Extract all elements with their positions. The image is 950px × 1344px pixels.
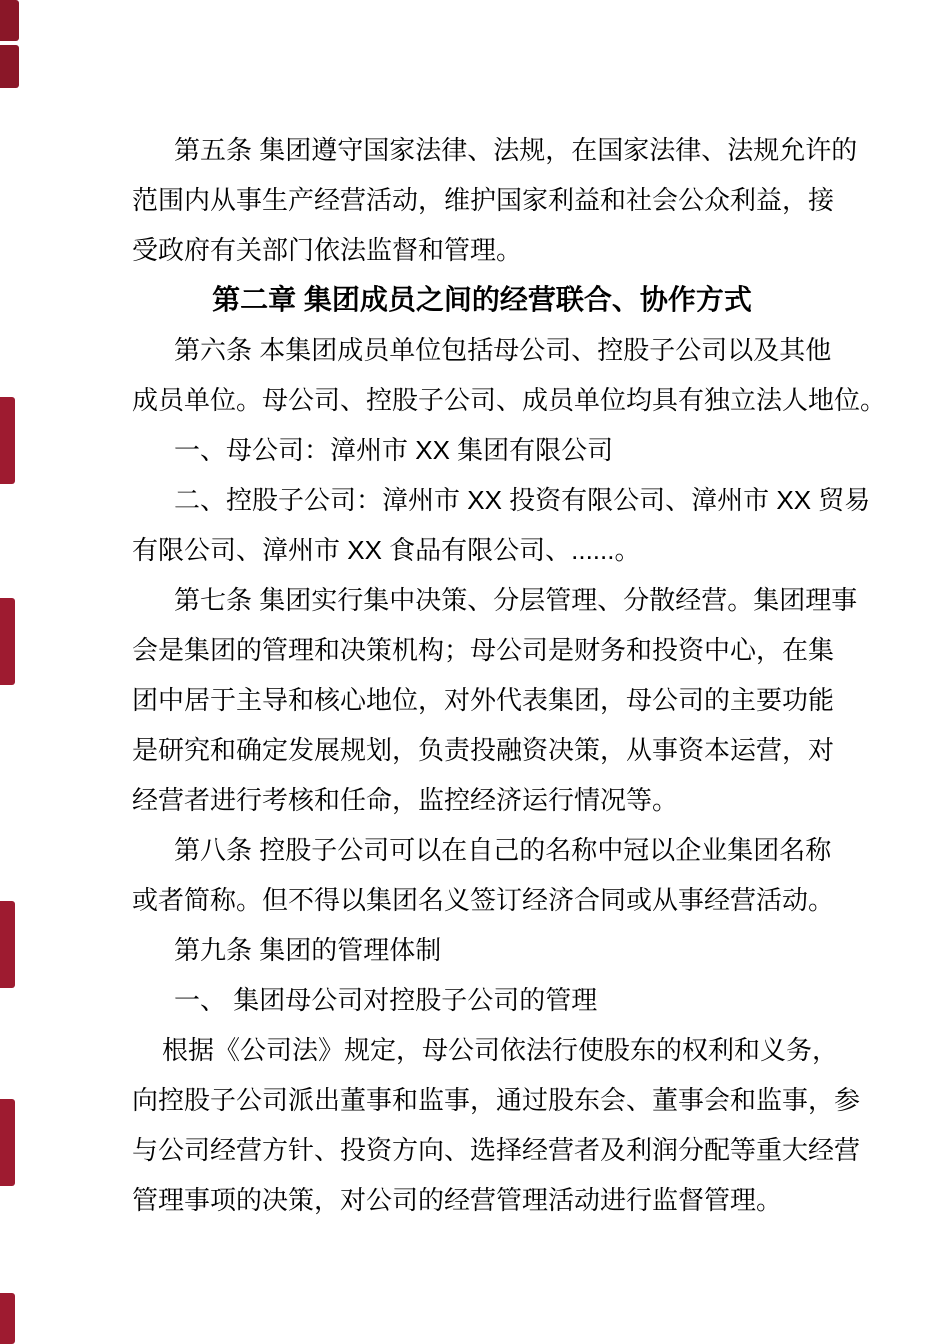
red-edge-mark-corner-bottom [0, 45, 19, 88]
text-line: 经营者进行考核和任命，监控经济运行情况等。 [132, 775, 832, 825]
text-line: 一、 集团母公司对控股子公司的管理 [132, 975, 832, 1025]
text-line: 第八条 控股子公司可以在自己的名称中冠以企业集团名称 [132, 825, 832, 875]
red-edge-mark-side-1 [0, 397, 15, 484]
red-edge-mark-corner-top [0, 0, 19, 41]
red-edge-mark-side-4 [0, 1099, 15, 1186]
red-edge-mark-side-5 [0, 1293, 15, 1344]
text-line: 第五条 集团遵守国家法律、法规，在国家法律、法规允许的 [132, 125, 832, 175]
text-line: 二、控股子公司：漳州市 XX 投资有限公司、漳州市 XX 贸易 [132, 475, 832, 525]
text-line: 会是集团的管理和决策机构；母公司是财务和投资中心，在集 [132, 625, 832, 675]
red-edge-mark-side-2 [0, 598, 15, 685]
text-line: 根据《公司法》规定，母公司依法行使股东的权利和义务， [132, 1025, 832, 1075]
red-edge-marks-layer [0, 0, 30, 1344]
chapter-heading: 第二章 集团成员之间的经营联合、协作方式 [132, 275, 832, 325]
text-line: 是研究和确定发展规划，负责投融资决策，从事资本运营，对 [132, 725, 832, 775]
red-edge-mark-side-3 [0, 901, 15, 988]
text-line: 成员单位。母公司、控股子公司、成员单位均具有独立法人地位。 [132, 375, 832, 425]
text-line: 范围内从事生产经营活动，维护国家利益和社会公众利益，接 [132, 175, 832, 225]
text-line: 或者简称。但不得以集团名义签订经济合同或从事经营活动。 [132, 875, 832, 925]
document-body: 第五条 集团遵守国家法律、法规，在国家法律、法规允许的 范围内从事生产经营活动，… [132, 125, 832, 1225]
text-line: 第九条 集团的管理体制 [132, 925, 832, 975]
text-line: 一、母公司：漳州市 XX 集团有限公司 [132, 425, 832, 475]
text-line: 第六条 本集团成员单位包括母公司、控股子公司以及其他 [132, 325, 832, 375]
document-page: 第五条 集团遵守国家法律、法规，在国家法律、法规允许的 范围内从事生产经营活动，… [0, 0, 950, 1344]
text-line: 受政府有关部门依法监督和管理。 [132, 225, 832, 275]
text-line: 与公司经营方针、投资方向、选择经营者及利润分配等重大经营 [132, 1125, 832, 1175]
text-line: 管理事项的决策，对公司的经营管理活动进行监督管理。 [132, 1175, 832, 1225]
text-line: 第七条 集团实行集中决策、分层管理、分散经营。集团理事 [132, 575, 832, 625]
text-line: 有限公司、漳州市 XX 食品有限公司、......。 [132, 525, 832, 575]
text-line: 团中居于主导和核心地位，对外代表集团，母公司的主要功能 [132, 675, 832, 725]
text-line: 向控股子公司派出董事和监事，通过股东会、董事会和监事，参 [132, 1075, 832, 1125]
